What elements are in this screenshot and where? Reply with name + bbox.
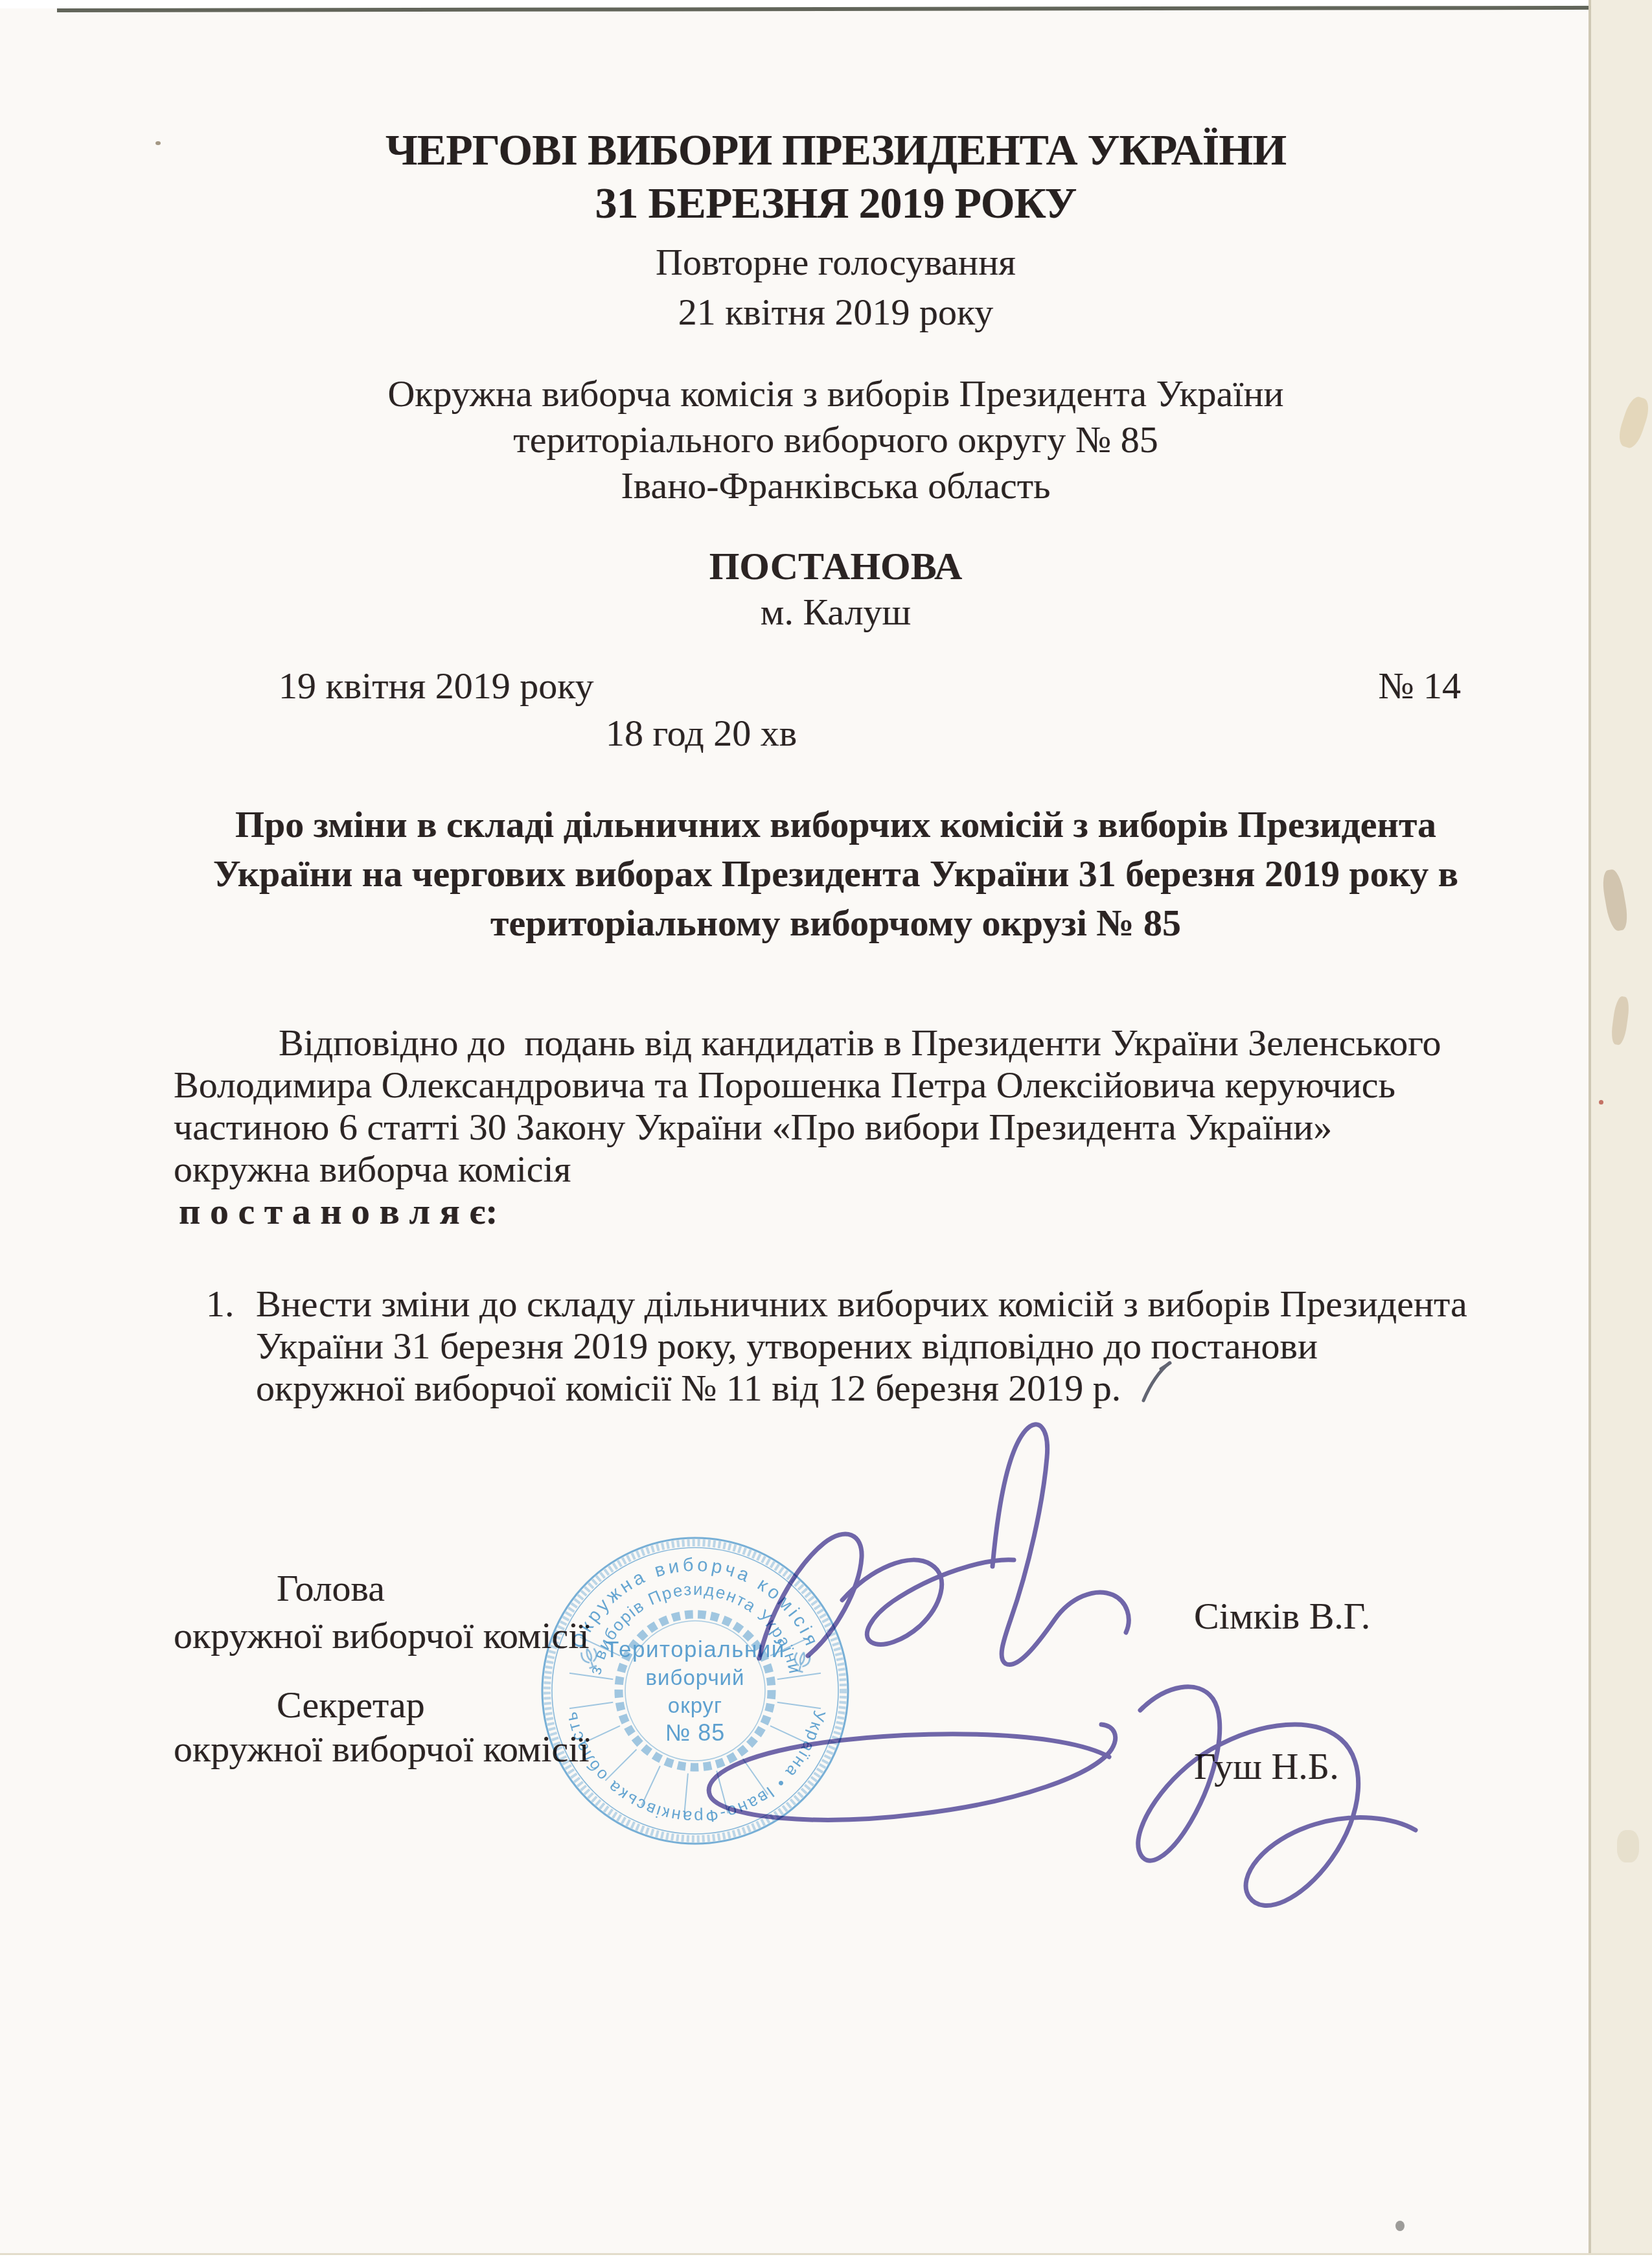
scanned-document-page: ЧЕРГОВІ ВИБОРИ ПРЕЗИДЕНТА УКРАЇНИ 31 БЕР…: [0, 0, 1652, 2268]
paper-speck: [1395, 2221, 1405, 2231]
pen-tick-mark: [1143, 1363, 1170, 1401]
election-title-line1: ЧЕРГОВІ ВИБОРИ ПРЕЗИДЕНТА УКРАЇНИ: [78, 128, 1594, 172]
act-date: 19 квітня 2019 року: [279, 667, 594, 705]
repeat-voting-label: Повторне голосування: [78, 244, 1594, 281]
head-role-line1: Голова: [277, 1570, 385, 1607]
election-title-line2: 31 БЕРЕЗНЯ 2019 РОКУ: [78, 181, 1594, 225]
commission-name-line2: територіального виборчого округу № 85: [78, 421, 1594, 459]
act-title: ПОСТАНОВА: [78, 547, 1594, 586]
body-line2: Володимира Олександровича та Порошенка П…: [174, 1066, 1395, 1104]
commission-region: Івано-Франківська область: [78, 467, 1594, 505]
scan-edge-bottom: [0, 2255, 1652, 2268]
scan-edge-right-strip: [1590, 0, 1652, 2268]
resolves-label: п о с т а н о в л я є:: [179, 1193, 498, 1230]
head-role-line2: окружної виборчої комісії: [174, 1617, 590, 1655]
subject-line2: України на чергових виборах Президента У…: [78, 855, 1594, 893]
body-line1: Відповідно до подань від кандидатів в Пр…: [279, 1024, 1441, 1062]
paper-speck: [155, 141, 161, 145]
item1-marker: 1.: [206, 1285, 235, 1323]
body-line4: окружна виборча комісія: [174, 1151, 571, 1188]
commission-name-line1: Окружна виборча комісія з виборів Презид…: [78, 375, 1594, 413]
act-city: м. Калуш: [78, 593, 1594, 631]
secretary-role-line1: Секретар: [277, 1686, 425, 1724]
item1-line1: Внести зміни до складу дільничних виборч…: [256, 1285, 1467, 1323]
subject-line1: Про зміни в складі дільничних виборчих к…: [78, 806, 1594, 843]
act-time: 18 год 20 хв: [606, 715, 797, 752]
body-line3: частиною 6 статті 30 Закону України «Про…: [174, 1108, 1332, 1146]
paper-stain: [1617, 1830, 1639, 1862]
secretary-role-line2: окружної виборчої комісії: [174, 1730, 590, 1768]
signatures-overlay: [648, 1347, 1490, 1943]
paper-speck-red: [1599, 1100, 1603, 1105]
repeat-voting-date: 21 квітня 2019 року: [78, 293, 1594, 331]
act-number: № 14: [1378, 667, 1461, 705]
secretary-signature: [709, 1687, 1416, 1906]
chairman-signature: [759, 1425, 1129, 1665]
subject-line3: територіальному виборчому окрузі № 85: [78, 904, 1594, 942]
scan-edge-right-seam: [1589, 0, 1591, 2268]
